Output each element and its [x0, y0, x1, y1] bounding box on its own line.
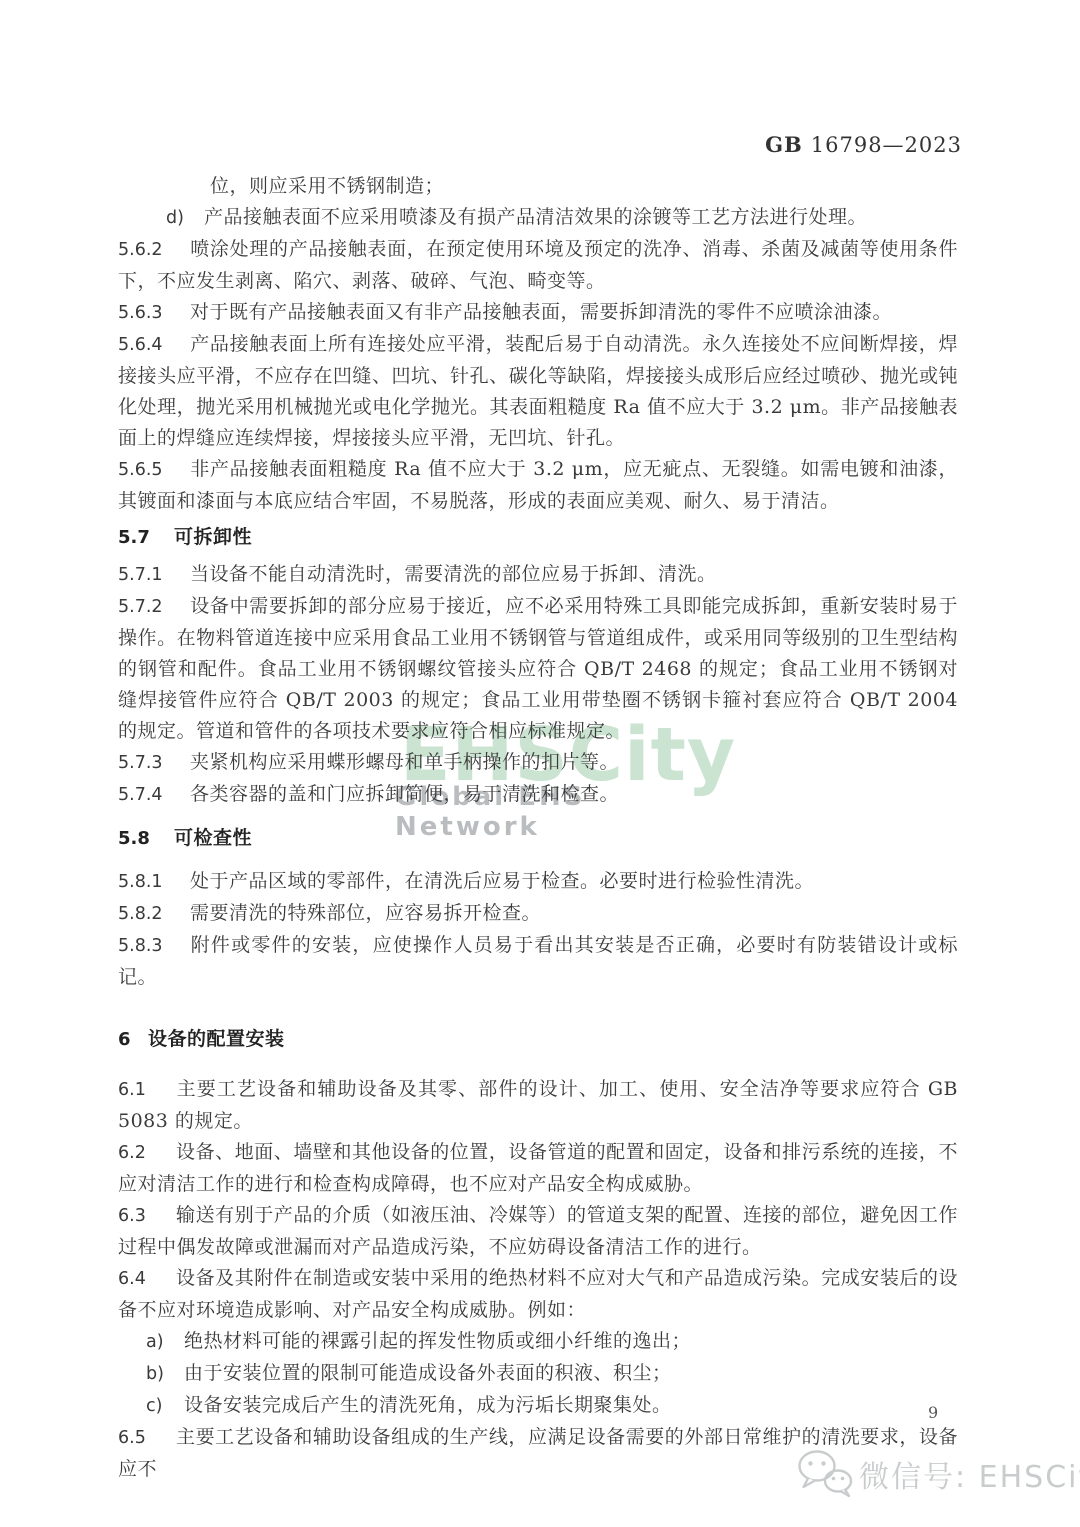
clause-5-8-3: 5.8.3附件或零件的安装，应使操作人员易于看出其安装是否正确，必要时有防装错设…: [118, 930, 958, 993]
clause-number: 6.2: [118, 1138, 176, 1169]
list-item-letter: a): [146, 1327, 184, 1358]
wechat-icon: [795, 1447, 855, 1501]
list-item-text: 产品接触表面不应采用喷漆及有损产品清洁效果的涂镀等工艺方法进行处理。: [204, 206, 867, 228]
clause-text: 当设备不能自动清洗时，需要清洗的部位应易于拆卸、清洗。: [190, 563, 717, 585]
clause-number: 6.1: [118, 1075, 176, 1106]
clause-text: 喷涂处理的产品接触表面，在预定使用环境及预定的洗净、消毒、杀菌及减菌等使用条件下…: [118, 238, 958, 292]
clause-number: 5.8.3: [118, 931, 190, 962]
clause-text: 输送有别于产品的介质（如液压油、冷媒等）的管道支架的配置、连接的部位，避免因工作…: [118, 1204, 958, 1258]
continuation-line: 位，则应采用不锈钢制造；: [118, 171, 958, 202]
section-heading-6: 6设备的配置安装: [118, 1024, 958, 1055]
footer: 微信号: EHSCity: [795, 1447, 1080, 1501]
document-body: 位，则应采用不锈钢制造； d)产品接触表面不应采用喷漆及有损产品清洁效果的涂镀等…: [118, 171, 958, 1485]
list-item-d: d)产品接触表面不应采用喷漆及有损产品清洁效果的涂镀等工艺方法进行处理。: [118, 202, 958, 234]
clause-text: 产品接触表面上所有连接处应平滑，装配后易于自动清洗。永久连接处不应间断焊接，焊接…: [118, 333, 958, 449]
clause-number: 5.6.4: [118, 330, 190, 361]
heading-number: 5.8: [118, 823, 174, 854]
clause-number: 5.7.1: [118, 560, 190, 591]
clause-text: 非产品接触表面粗糙度 Ra 值不应大于 3.2 μm，应无疵点、无裂缝。如需电镀…: [118, 458, 958, 512]
list-item-text: 绝热材料可能的裸露引起的挥发性物质或细小纤维的逸出；: [184, 1330, 691, 1352]
clause-number: 5.6.5: [118, 455, 190, 486]
clause-number: 5.8.2: [118, 899, 190, 930]
heading-text: 设备的配置安装: [148, 1028, 285, 1050]
clause-text: 各类容器的盖和门应拆卸简便，易于清洗和检查。: [190, 783, 619, 805]
section-heading-5-7: 5.7可拆卸性: [118, 522, 958, 553]
clause-number: 6.3: [118, 1201, 176, 1232]
list-item-b: b)由于安装位置的限制可能造成设备外表面的积液、积尘；: [118, 1358, 958, 1390]
heading-number: 6: [118, 1024, 148, 1055]
clause-text: 处于产品区域的零部件，在清洗后应易于检查。必要时进行检验性清洗。: [190, 870, 814, 892]
clause-text: 设备中需要拆卸的部分应易于接近，应不必采用特殊工具即能完成拆卸，重新安装时易于操…: [118, 595, 958, 742]
clause-text: 主要工艺设备和辅助设备及其零、部件的设计、加工、使用、安全洁净等要求应符合 GB…: [118, 1078, 958, 1132]
clause-5-7-4: 5.7.4各类容器的盖和门应拆卸简便，易于清洗和检查。: [118, 779, 958, 811]
clause-text: 设备、地面、墙壁和其他设备的位置，设备管道的配置和固定，设备和排污系统的连接，不…: [118, 1141, 958, 1195]
heading-text: 可检查性: [174, 827, 252, 849]
clause-5-7-3: 5.7.3夹紧机构应采用蝶形螺母和单手柄操作的扣片等。: [118, 747, 958, 779]
list-item-a: a)绝热材料可能的裸露引起的挥发性物质或细小纤维的逸出；: [118, 1326, 958, 1358]
list-item-c: c)设备安装完成后产生的清洗死角，成为污垢长期聚集处。: [118, 1390, 958, 1422]
doc-code-number: 16798—2023: [811, 133, 962, 157]
list-item-letter: d): [166, 203, 204, 234]
list-item-text: 由于安装位置的限制可能造成设备外表面的积液、积尘；: [184, 1362, 672, 1384]
clause-6-2: 6.2设备、地面、墙壁和其他设备的位置，设备管道的配置和固定，设备和排污系统的连…: [118, 1137, 958, 1200]
section-heading-5-8: 5.8可检查性: [118, 823, 958, 854]
heading-number: 5.7: [118, 522, 174, 553]
clause-5-6-5: 5.6.5非产品接触表面粗糙度 Ra 值不应大于 3.2 μm，应无疵点、无裂缝…: [118, 454, 958, 517]
clause-6-4: 6.4设备及其附件在制造或安装中采用的绝热材料不应对大气和产品造成污染。完成安装…: [118, 1263, 958, 1326]
clause-5-7-1: 5.7.1当设备不能自动清洗时，需要清洗的部位应易于拆卸、清洗。: [118, 559, 958, 591]
clause-text: 对于既有产品接触表面又有非产品接触表面，需要拆卸清洗的零件不应喷涂油漆。: [190, 301, 892, 323]
clause-text: 附件或零件的安装，应使操作人员易于看出其安装是否正确，必要时有防装错设计或标记。: [118, 934, 958, 988]
clause-number: 5.6.3: [118, 298, 190, 329]
clause-5-6-2: 5.6.2喷涂处理的产品接触表面，在预定使用环境及预定的洗净、消毒、杀菌及减菌等…: [118, 234, 958, 297]
doc-code: GB16798—2023: [765, 132, 962, 157]
clause-text: 设备及其附件在制造或安装中采用的绝热材料不应对大气和产品造成污染。完成安装后的设…: [118, 1267, 958, 1321]
clause-number: 5.8.1: [118, 867, 190, 898]
list-item-text: 设备安装完成后产生的清洗死角，成为污垢长期聚集处。: [184, 1394, 672, 1416]
clause-5-7-2: 5.7.2设备中需要拆卸的部分应易于接近，应不必采用特殊工具即能完成拆卸，重新安…: [118, 591, 958, 747]
wechat-account-label: 微信号: EHSCity: [859, 1452, 1080, 1496]
clause-number: 6.4: [118, 1264, 176, 1295]
clause-6-3: 6.3输送有别于产品的介质（如液压油、冷媒等）的管道支架的配置、连接的部位，避免…: [118, 1200, 958, 1263]
document-page: EHSCity Global EHS Network GB16798—2023 …: [0, 0, 1080, 1527]
doc-code-prefix: GB: [765, 132, 803, 157]
clause-6-1: 6.1主要工艺设备和辅助设备及其零、部件的设计、加工、使用、安全洁净等要求应符合…: [118, 1074, 958, 1137]
clause-number: 5.7.3: [118, 748, 190, 779]
clause-text: 夹紧机构应采用蝶形螺母和单手柄操作的扣片等。: [190, 751, 619, 773]
clause-number: 6.5: [118, 1423, 176, 1454]
list-item-letter: b): [146, 1359, 184, 1390]
clause-5-8-1: 5.8.1处于产品区域的零部件，在清洗后应易于检查。必要时进行检验性清洗。: [118, 866, 958, 898]
clause-number: 5.7.4: [118, 780, 190, 811]
clause-5-6-4: 5.6.4产品接触表面上所有连接处应平滑，装配后易于自动清洗。永久连接处不应间断…: [118, 329, 958, 454]
page-number: 9: [928, 1403, 938, 1422]
clause-5-8-2: 5.8.2需要清洗的特殊部位，应容易拆开检查。: [118, 898, 958, 930]
clause-number: 5.6.2: [118, 235, 190, 266]
heading-text: 可拆卸性: [174, 526, 252, 548]
clause-5-6-3: 5.6.3对于既有产品接触表面又有非产品接触表面，需要拆卸清洗的零件不应喷涂油漆…: [118, 297, 958, 329]
clause-text: 需要清洗的特殊部位，应容易拆开检查。: [190, 902, 541, 924]
list-item-letter: c): [146, 1391, 184, 1422]
clause-number: 5.7.2: [118, 592, 190, 623]
